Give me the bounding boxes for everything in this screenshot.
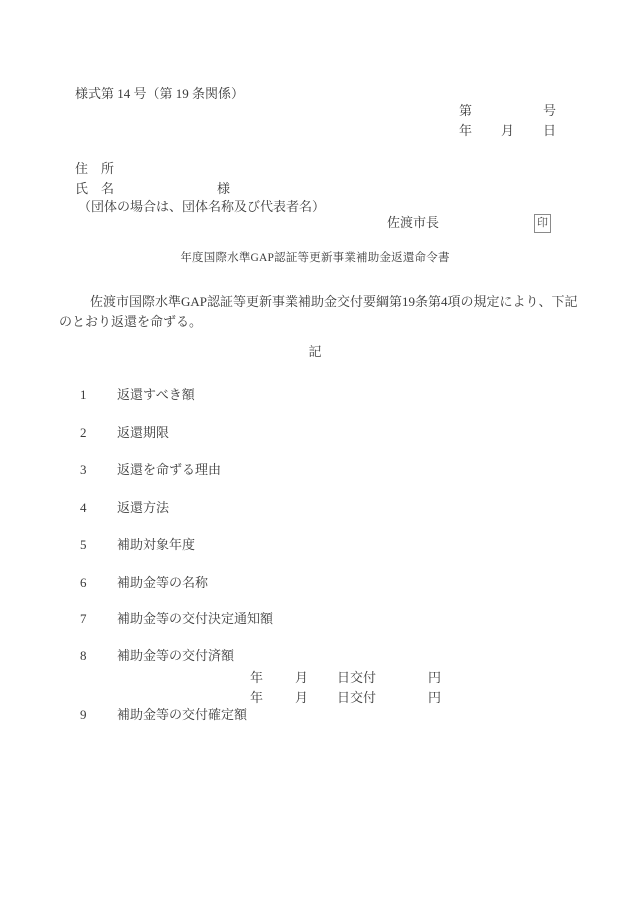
item-label: 返還期限	[117, 426, 169, 439]
item-label: 補助金等の交付決定通知額	[117, 612, 273, 625]
item-label: 補助金等の交付済額	[117, 649, 234, 662]
payment-yen-label: 円	[428, 691, 441, 704]
issuer-name: 佐渡市長	[387, 216, 439, 229]
item-number: 7	[80, 612, 87, 625]
item-label: 返還すべき額	[117, 388, 195, 401]
date-year-label: 年	[459, 124, 472, 137]
record-marker: 記	[0, 345, 630, 358]
item-label: 補助金等の交付確定額	[117, 708, 247, 721]
date-month-label: 月	[501, 124, 514, 137]
list-item-5: 5 補助対象年度	[0, 538, 630, 554]
payment-month-label: 月	[295, 671, 308, 684]
body-paragraph: 佐渡市国際水準GAP認証等更新事業補助金交付要綱第19条第4項の規定により、下記…	[59, 292, 571, 332]
item-number: 3	[80, 463, 87, 476]
return-order-form-page: 様式第 14 号（第 19 条関係） 第 号 年 月 日 住 所 氏 名 様 （…	[0, 0, 630, 915]
item-label: 補助金等の名称	[117, 576, 208, 589]
payment-yen-label: 円	[428, 671, 441, 684]
date-line: 年 月 日	[459, 124, 556, 137]
list-item-7: 7 補助金等の交付決定通知額	[0, 612, 630, 628]
recipient-honorific: 様	[217, 182, 230, 195]
body-paragraph-line1: 佐渡市国際水準GAP認証等更新事業補助金交付要綱第19条第4項の規定により、下記	[59, 292, 571, 312]
seal-placeholder: 印	[534, 214, 551, 233]
payment-year-label: 年	[250, 671, 263, 684]
item-number: 1	[80, 388, 87, 401]
list-item-3: 3 返還を命ずる理由	[0, 463, 630, 479]
document-number-line: 第 号	[459, 104, 556, 117]
form-number: 様式第 14 号（第 19 条関係）	[75, 87, 244, 100]
payment-line-1: 年 月 日交付 円	[250, 671, 450, 687]
list-item-2: 2 返還期限	[0, 426, 630, 442]
list-item-9: 9 補助金等の交付確定額	[0, 708, 630, 724]
item-number: 8	[80, 649, 87, 662]
document-number-prefix: 第	[459, 104, 472, 117]
item-number: 4	[80, 501, 87, 514]
item-label: 返還方法	[117, 501, 169, 514]
payment-paid-label: 日交付	[337, 671, 376, 684]
list-item-6: 6 補助金等の名称	[0, 576, 630, 592]
item-number: 6	[80, 576, 87, 589]
list-item-1: 1 返還すべき額	[0, 388, 630, 404]
document-number-suffix: 号	[543, 104, 556, 117]
item-label: 返還を命ずる理由	[117, 463, 221, 476]
date-day-label: 日	[543, 124, 556, 137]
item-label: 補助対象年度	[117, 538, 195, 551]
item-number: 5	[80, 538, 87, 551]
payment-year-label: 年	[250, 691, 263, 704]
payment-line-2: 年 月 日交付 円	[250, 691, 450, 707]
document-title: 年度国際水準GAP認証等更新事業補助金返還命令書	[0, 253, 630, 265]
payment-month-label: 月	[295, 691, 308, 704]
recipient-name-label: 氏 名	[75, 182, 114, 195]
payment-paid-label: 日交付	[337, 691, 376, 704]
recipient-group-note: （団体の場合は、団体名称及び代表者名）	[78, 200, 325, 213]
list-item-8: 8 補助金等の交付済額	[0, 649, 630, 665]
recipient-address-label: 住 所	[75, 162, 114, 175]
item-number: 2	[80, 426, 87, 439]
list-item-4: 4 返還方法	[0, 501, 630, 517]
body-paragraph-line2: のとおり返還を命ずる。	[59, 312, 571, 332]
item-number: 9	[80, 708, 87, 721]
